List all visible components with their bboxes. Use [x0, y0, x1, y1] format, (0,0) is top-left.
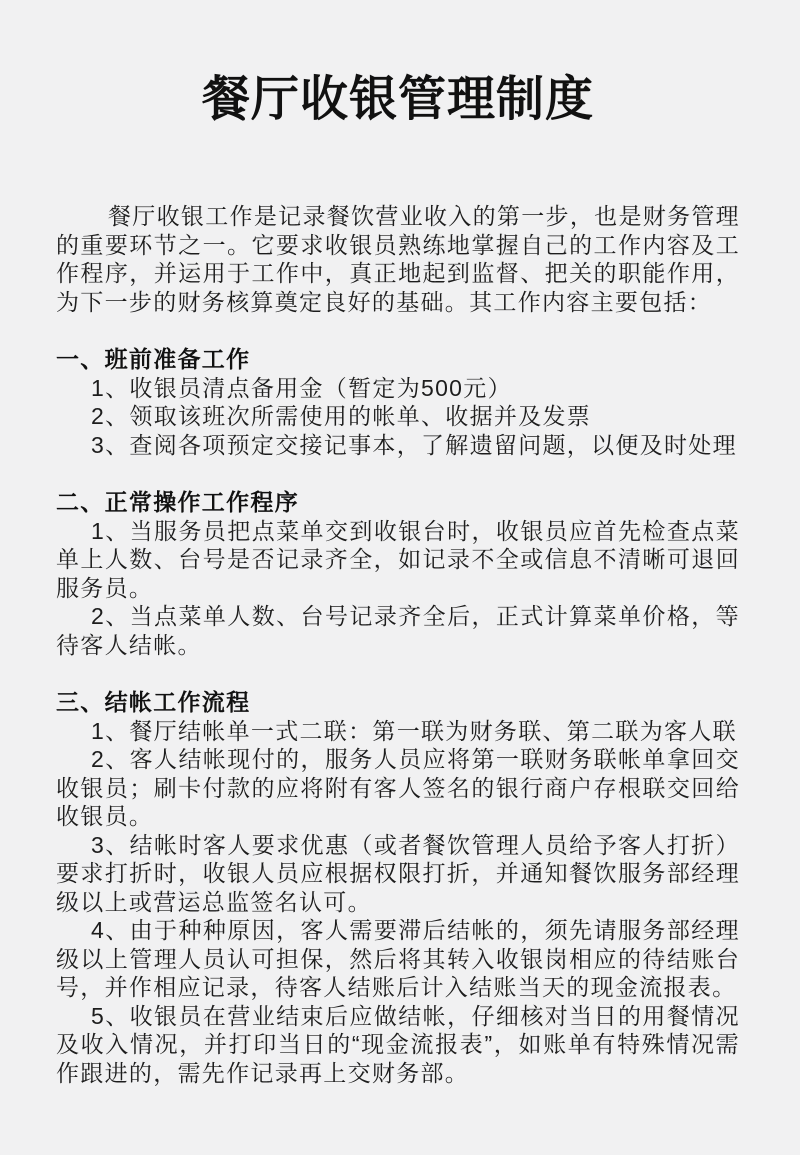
list-item: 1、当服务员把点菜单交到收银台时，收银员应首先检查点菜单上人数、台号是否记录齐全… — [56, 517, 740, 603]
list-item: 2、当点菜单人数、台号记录齐全后，正式计算菜单价格，等待客人结帐。 — [56, 602, 740, 659]
document-page: 餐厅收银管理制度 餐厅收银工作是记录餐饮营业收入的第一步，也是财务管理的重要环节… — [0, 0, 800, 1155]
list-item: 4、由于种种原因，客人需要滞后结帐的，须先请服务部经理级以上管理人员认可担保，然… — [56, 916, 740, 1002]
section-normal-operation: 二、正常操作工作程序 1、当服务员把点菜单交到收银台时，收银员应首先检查点菜单上… — [56, 488, 740, 659]
list-item: 1、收银员清点备用金（暂定为500元） — [56, 374, 740, 403]
list-item: 2、领取该班次所需使用的帐单、收据并及发票 — [56, 402, 740, 431]
section-checkout-flow: 三、结帐工作流程 1、餐厅结帐单一式二联：第一联为财务联、第二联为客人联 2、客… — [56, 688, 740, 1087]
list-item: 5、收银员在营业结束后应做结帐，仔细核对当日的用餐情况及收入情况，并打印当日的“… — [56, 1002, 740, 1088]
list-item: 1、餐厅结帐单一式二联：第一联为财务联、第二联为客人联 — [56, 717, 740, 746]
section-heading: 二、正常操作工作程序 — [56, 488, 740, 517]
page-title: 餐厅收银管理制度 — [56, 0, 740, 130]
section-pre-shift: 一、班前准备工作 1、收银员清点备用金（暂定为500元） 2、领取该班次所需使用… — [56, 345, 740, 459]
intro-paragraph: 餐厅收银工作是记录餐饮营业收入的第一步，也是财务管理的重要环节之一。它要求收银员… — [56, 202, 740, 316]
list-item: 3、结帐时客人要求优惠（或者餐饮管理人员给予客人打折）要求打折时，收银人员应根据… — [56, 831, 740, 917]
section-heading: 三、结帐工作流程 — [56, 688, 740, 717]
list-item: 2、客人结帐现付的，服务人员应将第一联财务联帐单拿回交收银员；刷卡付款的应将附有… — [56, 745, 740, 831]
list-item: 3、查阅各项预定交接记事本，了解遗留问题，以便及时处理 — [56, 431, 740, 460]
section-heading: 一、班前准备工作 — [56, 345, 740, 374]
